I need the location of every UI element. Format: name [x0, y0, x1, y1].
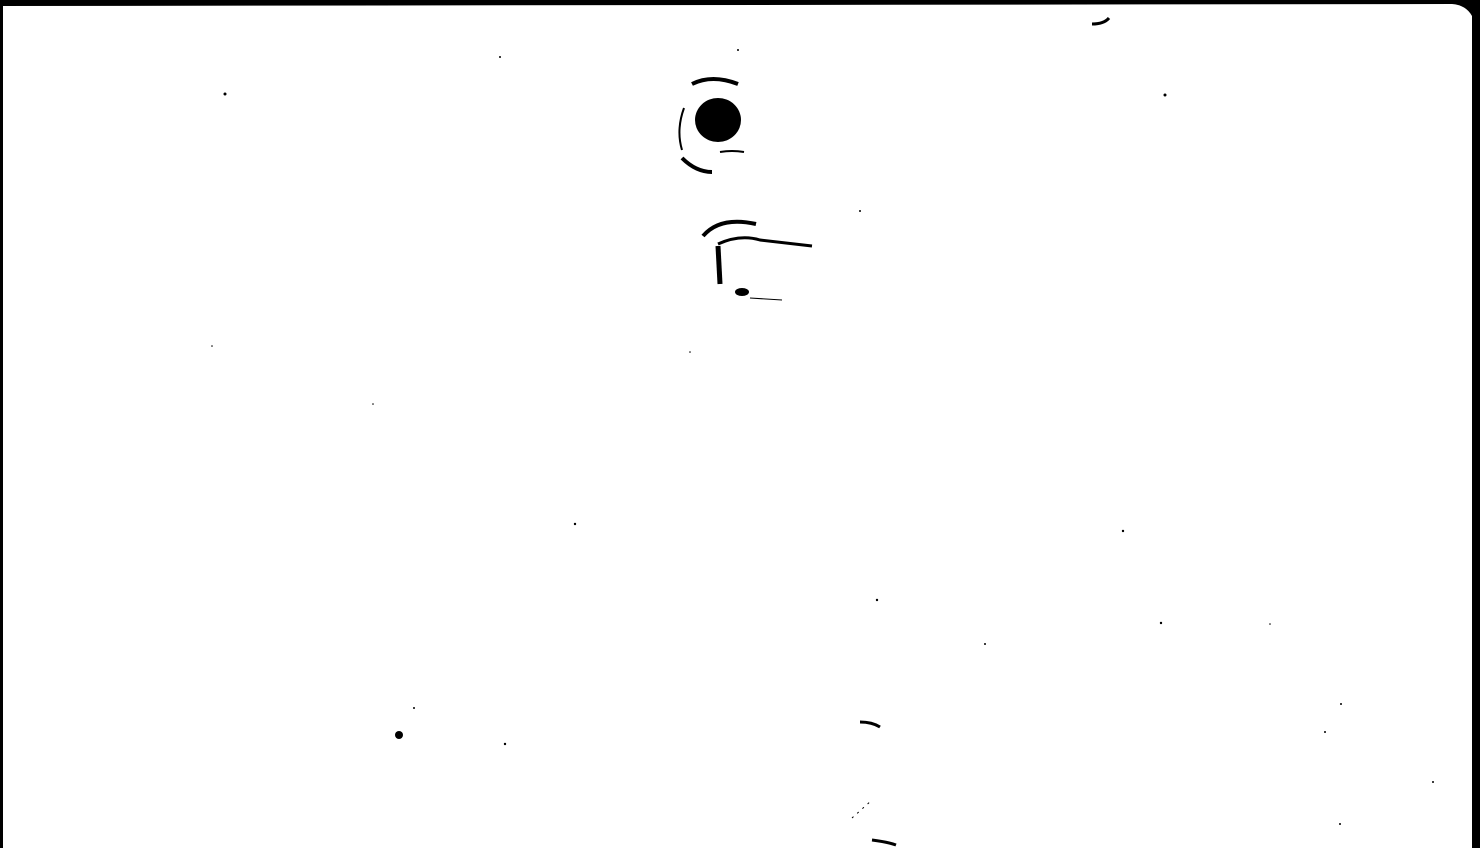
scanned-page — [0, 0, 1480, 848]
